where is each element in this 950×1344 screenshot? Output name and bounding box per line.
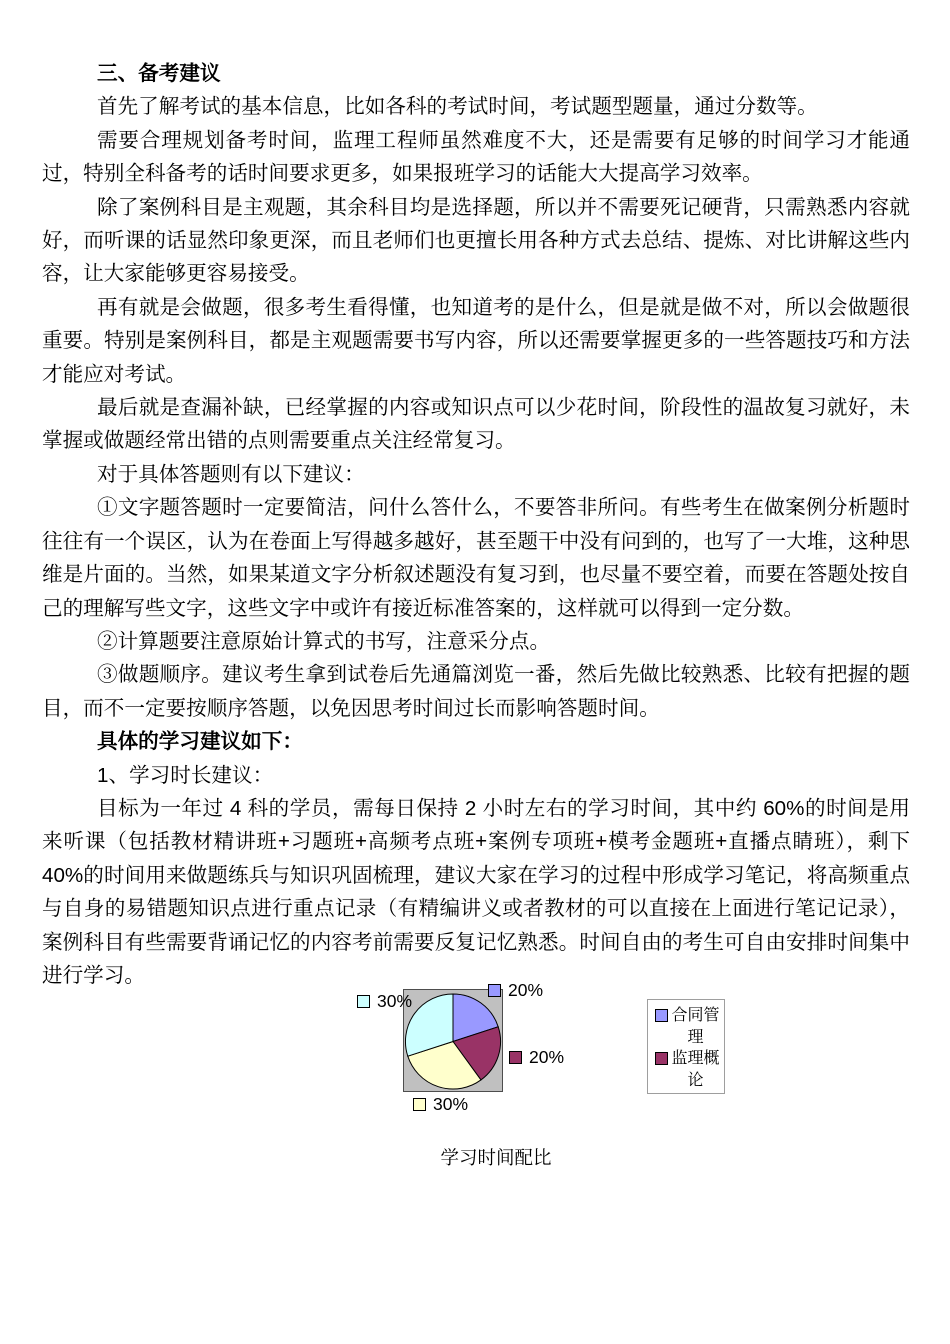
slice-marker [509,1051,522,1064]
paragraph: ③做题顺序。建议考生拿到试卷后先通篇浏览一番，然后先做比较熟悉、比较有把握的题目… [42,658,910,725]
sub-heading: 具体的学习建议如下： [42,725,910,758]
section-heading: 三、备考建议 [42,57,910,90]
legend-label: 合同管理 [671,1005,720,1048]
legend-item: 合同管理 [655,1005,720,1048]
chart-title: 学习时间配比 [42,1144,910,1170]
slice-label-hetongguanli: 20% [488,980,543,1000]
document-body: 三、备考建议 首先了解考试的基本信息，比如各科的考试时间，考试题型题量，通过分数… [42,57,910,992]
paragraph: 目标为一年过 4 科的学员，需每日保持 2 小时左右的学习时间，其中约 60%的… [42,792,910,992]
paragraph: 首先了解考试的基本信息，比如各科的考试时间，考试题型题量，通过分数等。 [42,90,910,123]
paragraph: 需要合理规划备考时间，监理工程师虽然难度不大，还是需要有足够的时间学习才能通过，… [42,124,910,191]
pie-chart: 20% 20% 30% 30% 合同管理 监理概论 学习时间配比 [42,975,910,1185]
paragraph: 1、学习时长建议： [42,759,910,792]
legend-marker [655,1052,668,1065]
slice-label-jianligailun: 20% [509,1047,564,1067]
paragraph: 除了案例科目是主观题，其余科目均是选择题，所以并不需要死记硬背，只需熟悉内容就好… [42,191,910,291]
paragraph: 最后就是查漏补缺，已经掌握的内容或知识点可以少花时间，阶段性的温故复习就好，未掌… [42,391,910,458]
paragraph: ①文字题答题时一定要简洁，问什么答什么，不要答非所问。有些考生在做案例分析题时往… [42,491,910,625]
slice-label-yellow: 30% [413,1094,468,1114]
legend-label: 监理概论 [671,1048,720,1091]
slice-label-cyan: 30% [357,991,412,1011]
paragraph: ②计算题要注意原始计算式的书写，注意采分点。 [42,625,910,658]
paragraph: 对于具体答题则有以下建议： [42,458,910,491]
slice-marker [357,995,370,1008]
chart-plot-area [403,989,503,1092]
slice-value: 30% [433,1094,468,1114]
slice-value: 20% [529,1047,564,1067]
slice-marker [488,984,501,997]
document-page: { "document": { "paragraphs": [ { "text"… [0,0,950,1344]
slice-marker [413,1098,426,1111]
slice-value: 30% [377,991,412,1011]
pie-svg [404,990,502,1091]
legend-marker [655,1009,668,1022]
paragraph: 再有就是会做题，很多考生看得懂，也知道考的是什么，但是就是做不对，所以会做题很重… [42,291,910,391]
chart-legend: 合同管理 监理概论 [647,999,725,1094]
legend-item: 监理概论 [655,1048,720,1091]
slice-value: 20% [508,980,543,1000]
